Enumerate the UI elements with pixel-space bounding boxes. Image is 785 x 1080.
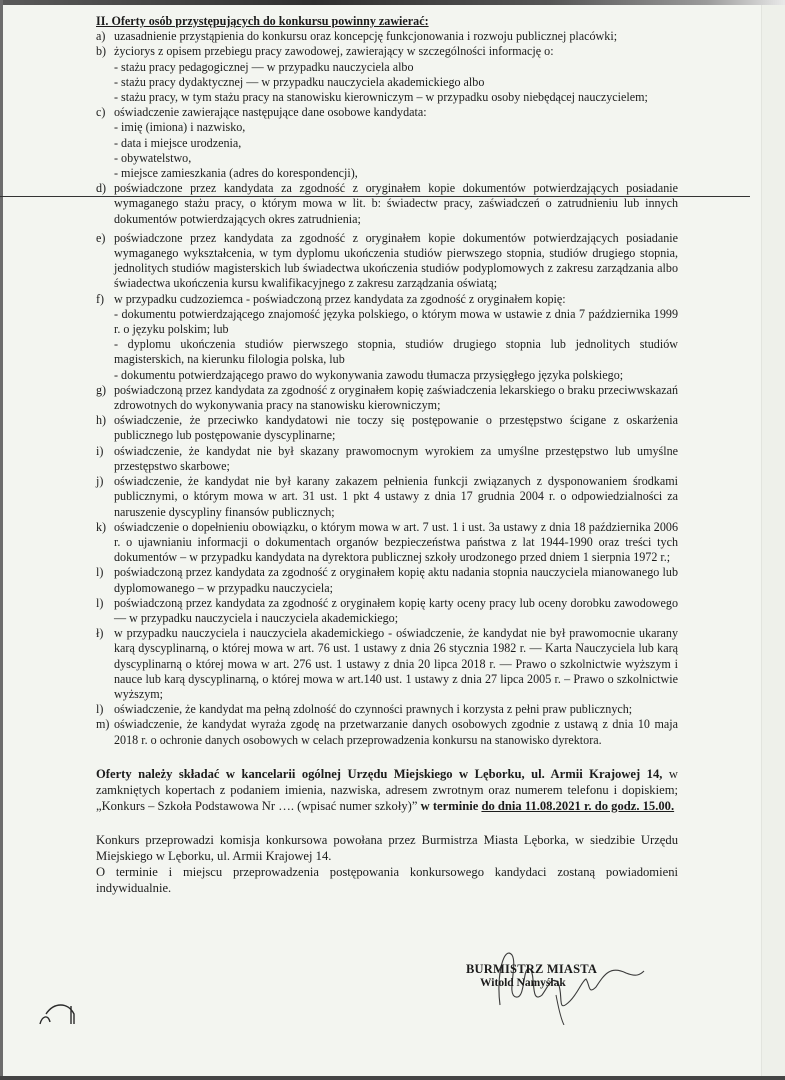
submission-deadline: do dnia 11.08.2021 r. do godz. 15.00. [481,799,674,813]
section-heading: II. Oferty osób przystępujących do konku… [96,14,678,29]
handwritten-initials-icon [38,1000,82,1026]
sub-item: - dokumentu potwierdzającego znajomość j… [114,307,678,337]
signature-block: BURMISTRZ MIASTA Witold Namyślak [466,962,597,989]
scan-top-edge [0,0,785,5]
list-item-g: g) poświadczoną przez kandydata za zgodn… [96,383,678,413]
item-text: oświadczenie, że kandydat wyraża zgodę n… [114,717,678,747]
item-text: oświadczenie, że przeciwko kandydatowi n… [114,413,678,443]
submission-paragraph: Oferty należy składać w kancelarii ogóln… [96,766,678,814]
list-item-l-stroke: ł) w przypadku nauczyciela i nauczyciela… [96,626,678,702]
item-label: h) [96,413,114,443]
item-text: w przypadku cudzoziemca - poświadczoną p… [114,292,678,307]
item-text: oświadczenie, że kandydat nie był skazan… [114,444,678,474]
list-item-l1: l) poświadczoną przez kandydata za zgodn… [96,565,678,595]
item-label: j) [96,474,114,520]
sub-item: - stażu pracy, w tym stażu pracy na stan… [114,90,678,105]
list-item-f: f) w przypadku cudzoziemca - poświadczon… [96,292,678,307]
sub-item: - obywatelstwo, [114,151,678,166]
committee-paragraph: Konkurs przeprowadzi komisja konkursowa … [96,832,678,864]
item-label: k) [96,520,114,566]
item-label: d) [96,181,114,227]
document-page: II. Oferty osób przystępujących do konku… [96,14,678,896]
deadline-prefix: w terminie [417,799,481,813]
sub-item: - dyplomu ukończenia studiów pierwszego … [114,337,678,367]
sub-item: - miejsce zamieszkania (adres do korespo… [114,166,678,181]
item-label: f) [96,292,114,307]
scan-right-fold [761,5,785,1080]
item-text: uzasadnienie przystąpienia do konkursu o… [114,29,678,44]
list-item-k: k) oświadczenie o dopełnieniu obowiązku,… [96,520,678,566]
item-label: c) [96,105,114,120]
item-text: oświadczenie, że kandydat nie był karany… [114,474,678,520]
item-text: życiorys z opisem przebiegu pracy zawodo… [114,44,678,59]
item-text: oświadczenie, że kandydat ma pełną zdoln… [114,702,678,717]
signature-title: BURMISTRZ MIASTA [466,962,597,977]
submission-location: Oferty należy składać w kancelarii ogóln… [96,767,662,781]
list-item-m: m) oświadczenie, że kandydat wyraża zgod… [96,717,678,747]
list-item-l3: l) oświadczenie, że kandydat ma pełną zd… [96,702,678,717]
item-text: poświadczone przez kandydata za zgodność… [114,181,678,227]
sub-item: - dokumentu potwierdzającego prawo do wy… [114,368,678,383]
list-item-d: d) poświadczone przez kandydata za zgodn… [96,181,678,227]
sub-item: - stażu pracy pedagogicznej — w przypadk… [114,60,678,75]
item-text: poświadczoną przez kandydata za zgodność… [114,565,678,595]
item-text: oświadczenie zawierające następujące dan… [114,105,678,120]
list-item-j: j) oświadczenie, że kandydat nie był kar… [96,474,678,520]
item-label: m) [96,717,114,747]
item-label: e) [96,231,114,292]
notification-paragraph: O terminie i miejscu przeprowadzenia pos… [96,864,678,896]
item-label: g) [96,383,114,413]
sub-item: - imię (imiona) i nazwisko, [114,120,678,135]
scan-bottom-edge [0,1076,785,1080]
list-item-b: b) życiorys z opisem przebiegu pracy zaw… [96,44,678,59]
signature-name: Witold Namyślak [480,977,597,989]
list-item-l2: l) poświadczoną przez kandydata za zgodn… [96,596,678,626]
item-label: a) [96,29,114,44]
item-label: l) [96,565,114,595]
list-item-h: h) oświadczenie, że przeciwko kandydatow… [96,413,678,443]
list-item-c: c) oświadczenie zawierające następujące … [96,105,678,120]
sub-item: - stażu pracy dydaktycznej — w przypadku… [114,75,678,90]
item-label: l) [96,596,114,626]
list-item-a: a) uzasadnienie przystąpienia do konkurs… [96,29,678,44]
item-text: w przypadku nauczyciela i nauczyciela ak… [114,626,678,702]
item-text: poświadczoną przez kandydata za zgodność… [114,383,678,413]
item-label: l) [96,702,114,717]
item-label: b) [96,44,114,59]
item-text: poświadczone przez kandydata za zgodność… [114,231,678,292]
list-item-e: e) poświadczone przez kandydata za zgodn… [96,231,678,292]
sub-item: - data i miejsce urodzenia, [114,136,678,151]
item-label: i) [96,444,114,474]
item-text: oświadczenie o dopełnieniu obowiązku, o … [114,520,678,566]
list-item-i: i) oświadczenie, że kandydat nie był ska… [96,444,678,474]
item-text: poświadczoną przez kandydata za zgodność… [114,596,678,626]
item-label: ł) [96,626,114,702]
scan-left-edge [0,0,3,1080]
